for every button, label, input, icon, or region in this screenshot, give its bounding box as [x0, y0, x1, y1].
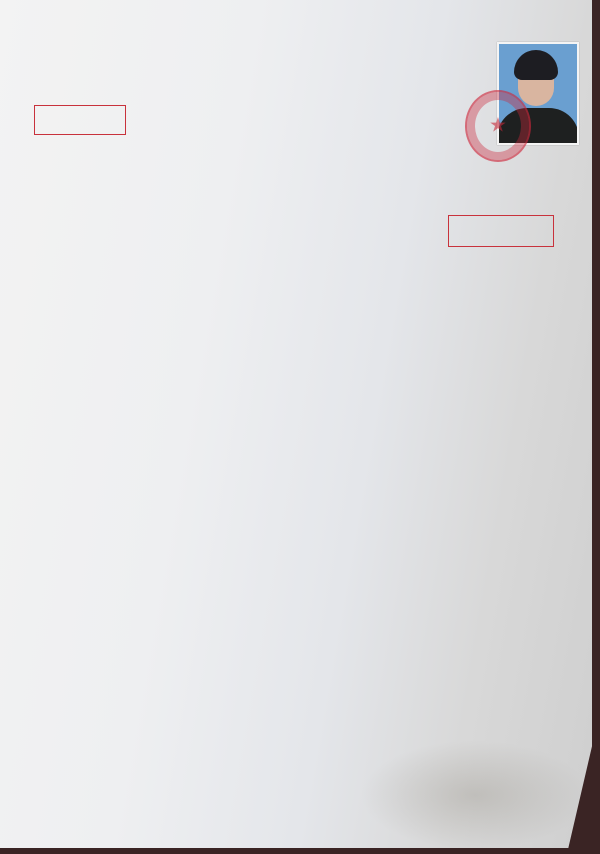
category-stamp: [448, 215, 554, 247]
special-priority-stamp: [34, 105, 126, 135]
official-seal-icon: ★: [465, 90, 531, 162]
